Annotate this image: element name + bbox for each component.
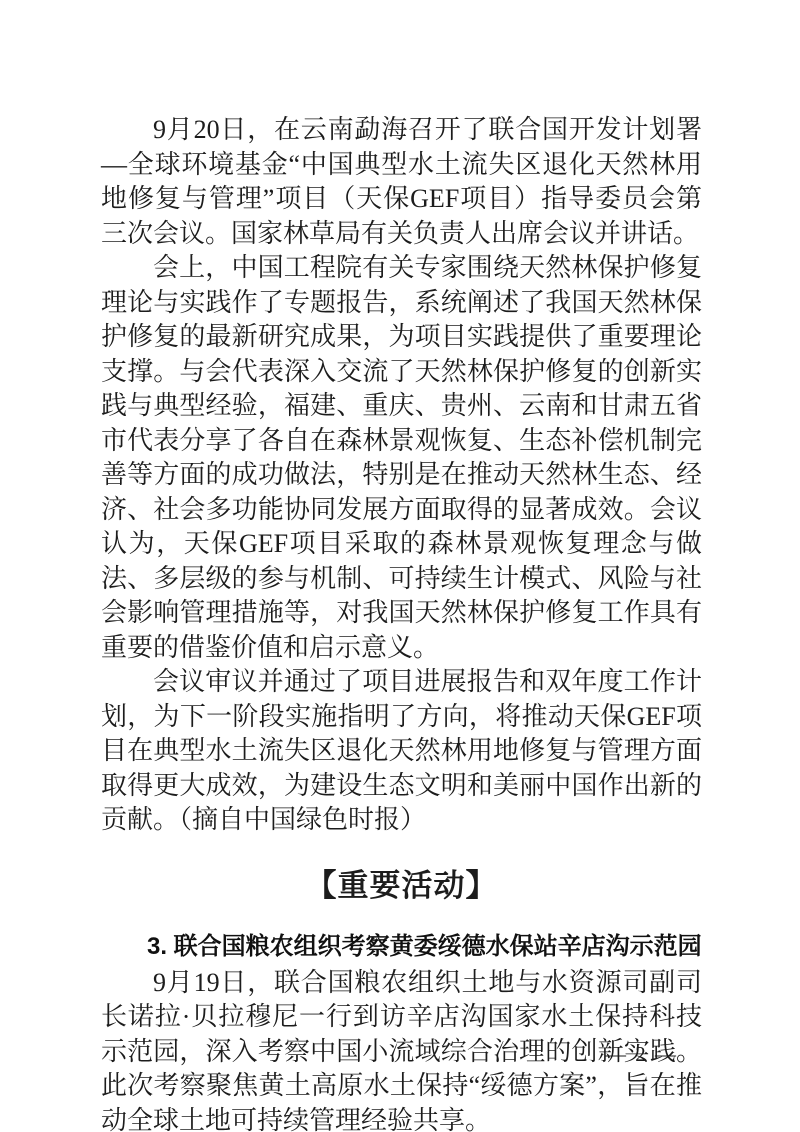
section-heading-important-activities: 【重要活动】	[101, 866, 702, 906]
paragraph-expert-reports: 会上，中国工程院有关专家围绕天然林保护修复理论与实践作了专题报告，系统阐述了我国…	[101, 251, 702, 665]
article-body: 9月20日，在云南勐海召开了联合国开发计划署—全球环境基金“中国典型水土流失区退…	[101, 113, 702, 1132]
paragraph-meeting-outcomes: 会议审议并通过了项目进展报告和双年度工作计划，为下一阶段实施指明了方向，将推动天…	[101, 665, 702, 838]
item-heading-fao-inspection: 3. 联合国粮农组织考察黄委绥德水保站辛店沟示范园	[101, 932, 702, 962]
document-page: 9月20日，在云南勐海召开了联合国开发计划署—全球环境基金“中国典型水土流失区退…	[0, 0, 800, 1132]
page-number: — 2 —	[605, 1044, 678, 1065]
paragraph-gef-meeting-intro: 9月20日，在云南勐海召开了联合国开发计划署—全球环境基金“中国典型水土流失区退…	[101, 113, 702, 251]
